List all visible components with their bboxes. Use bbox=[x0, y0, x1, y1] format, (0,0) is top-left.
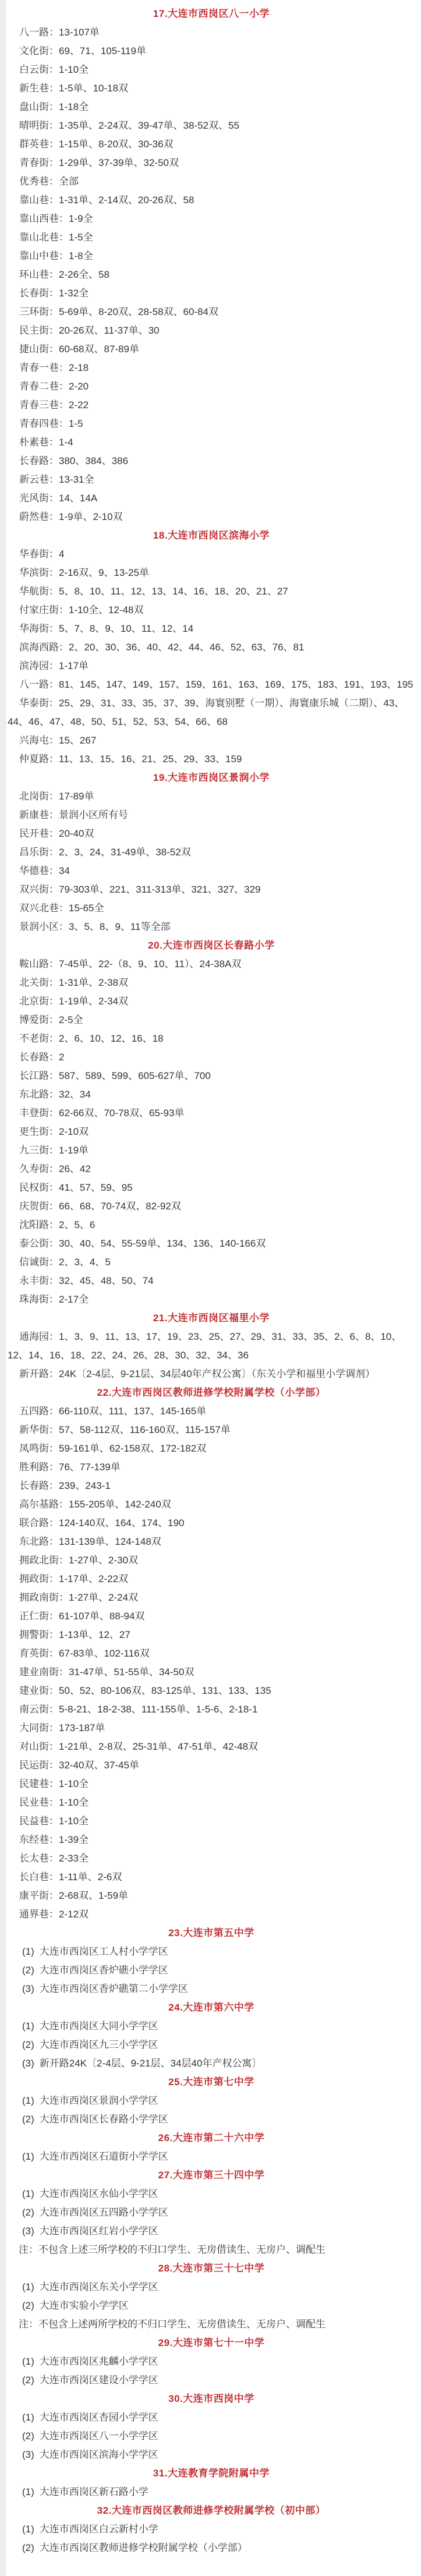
street-name: 南云街 bbox=[19, 1704, 49, 1715]
street-numbers: 79-303单、221、311-313单、321、327、329 bbox=[59, 884, 261, 895]
street-colon: ： bbox=[49, 176, 59, 187]
street-numbers: 59-161单、62-158双、172-182双 bbox=[59, 1443, 206, 1454]
street-colon: ： bbox=[49, 455, 59, 466]
street-name: 北关街 bbox=[19, 977, 49, 988]
item-text: 大连市实验小学学区 bbox=[40, 2300, 129, 2311]
street-entry: 南云街：5-8-21、18-2-38、111-155单、1-5-6、2-18-1 bbox=[8, 1700, 416, 1719]
street-entry: 博爱街：2-5全 bbox=[8, 1011, 416, 1029]
street-entry: 新华街：57、58-112双、116-160双、115-157单 bbox=[8, 1421, 416, 1439]
street-name: 八一路 bbox=[19, 27, 49, 38]
item-number: (1) bbox=[22, 2151, 34, 2162]
street-name: 群英巷 bbox=[19, 139, 49, 150]
section-title: 23.大连市第五中学 bbox=[8, 1924, 415, 1942]
street-numbers: 31-47单、51-55单、34-50双 bbox=[69, 1666, 194, 1678]
street-name: 华泰街 bbox=[19, 698, 49, 709]
street-numbers: 1-21单、2-8双、25-31单、47-51单、42-48双 bbox=[59, 1741, 258, 1752]
street-entry: 拥政街：1-17单、2-22双 bbox=[8, 1570, 416, 1588]
street-name: 东经巷 bbox=[19, 1834, 49, 1845]
street-entry: 光风街：14、14A bbox=[8, 489, 416, 508]
street-colon: ： bbox=[49, 884, 59, 895]
street-colon: ： bbox=[49, 977, 59, 988]
item-text: 大连市西岗区水仙小学学区 bbox=[40, 2188, 158, 2199]
street-numbers: 66、68、70-74双、82-92双 bbox=[59, 1201, 181, 1212]
street-numbers: 2-5全 bbox=[59, 1014, 83, 1025]
street-entry: 群英巷：1-15单、8-20双、30-36双 bbox=[8, 135, 416, 154]
feeder-school-item: (1)大连市西岗区杏园小学学区 bbox=[22, 2408, 416, 2427]
street-entry: 蔚然巷：1-9单、2-10双 bbox=[8, 508, 416, 526]
feeder-school-item: (1)大连市西岗区大同小学学区 bbox=[22, 2017, 416, 2036]
street-entry: 靠山中巷：1-8全 bbox=[8, 247, 416, 266]
street-numbers: 173-187单 bbox=[59, 1722, 105, 1733]
item-number: (3) bbox=[22, 2058, 34, 2069]
street-numbers: 20-40双 bbox=[59, 828, 94, 839]
street-colon: ： bbox=[49, 809, 59, 820]
street-numbers: 14、14A bbox=[59, 493, 97, 504]
street-numbers: 24K〔2-4层、9-21层、34层40年产权公寓〕（东关小学和福里小学调剂） bbox=[59, 1368, 375, 1379]
street-entry: 仲夏路：11、13、15、16、21、25、29、33、159 bbox=[8, 750, 416, 769]
street-colon: ： bbox=[49, 1443, 59, 1454]
street-name: 正仁街 bbox=[19, 1611, 49, 1622]
section-title: 17.大连市西岗区八一小学 bbox=[8, 5, 415, 23]
street-colon: ： bbox=[49, 1219, 59, 1230]
street-name: 长太巷 bbox=[19, 1853, 49, 1864]
street-numbers: 11、13、15、16、21、25、29、33、159 bbox=[59, 753, 242, 765]
street-entry: 沈阳路：2、5、6 bbox=[8, 1216, 416, 1234]
street-colon: ： bbox=[49, 64, 59, 75]
street-entry: 建业南街：31-47单、51-55单、34-50双 bbox=[8, 1663, 416, 1682]
street-colon: ： bbox=[49, 139, 59, 150]
street-colon: ： bbox=[49, 1797, 59, 1808]
street-numbers: 20-26双、11-37单、30 bbox=[59, 325, 160, 336]
street-entry: 丰登街：62-66双、70-78双、65-93单 bbox=[8, 1104, 416, 1123]
street-numbers: 26、42 bbox=[59, 1163, 91, 1174]
street-numbers: 50、52、80-106双、83-125单、131、133、135 bbox=[59, 1685, 271, 1696]
street-name: 拥警街 bbox=[19, 1629, 49, 1640]
street-name: 庆贺街 bbox=[19, 1201, 49, 1212]
street-entry: 华春街：4 bbox=[8, 545, 416, 564]
document-page: 17.大连市西岗区八一小学八一路：13-107单文化街：69、71、105-11… bbox=[0, 0, 421, 2576]
feeder-school-item: (2)大连市西岗区五四路小学学区 bbox=[22, 2203, 416, 2222]
item-number: (2) bbox=[22, 2430, 34, 2441]
street-entry: 兴海屯：15、267 bbox=[8, 731, 416, 750]
street-name: 久寿街 bbox=[19, 1163, 49, 1174]
section-title: 20.大连市西岗区长春路小学 bbox=[8, 936, 415, 955]
street-colon: ： bbox=[49, 1201, 59, 1212]
street-colon: ： bbox=[49, 1853, 59, 1864]
street-colon: ： bbox=[49, 1406, 59, 1417]
street-entry: 华滨街：2-16双、9、13-25单 bbox=[8, 564, 416, 582]
street-colon: ： bbox=[49, 1257, 59, 1268]
street-entry: 北京街：1-19单、2-34双 bbox=[8, 992, 416, 1011]
street-numbers: 4 bbox=[59, 549, 64, 560]
street-colon: ： bbox=[59, 213, 69, 224]
street-entry: 八一路：81、145、147、149、157、159、161、163、169、1… bbox=[8, 675, 416, 694]
street-numbers: 2-22 bbox=[69, 399, 89, 411]
street-colon: ： bbox=[59, 642, 69, 653]
street-numbers: 1-9全 bbox=[69, 213, 93, 224]
street-name: 新生巷 bbox=[19, 83, 49, 94]
street-entry: 民运街：32-40双、37-45单 bbox=[8, 1756, 416, 1775]
street-colon: ： bbox=[49, 660, 59, 671]
street-numbers: 5-8-21、18-2-38、111-155单、1-5-6、2-18-1 bbox=[59, 1704, 257, 1715]
street-entry: 白云街：1-10全 bbox=[8, 61, 416, 79]
street-numbers: 81、145、147、149、157、159、161、163、169、175、1… bbox=[59, 679, 413, 690]
street-name: 靠山巷 bbox=[19, 194, 49, 206]
street-colon: ： bbox=[49, 325, 59, 336]
street-colon: ： bbox=[49, 437, 59, 448]
street-colon: ： bbox=[49, 1816, 59, 1827]
street-name: 长白巷 bbox=[19, 1871, 49, 1883]
street-numbers: 60-68双、87-89单 bbox=[59, 344, 139, 355]
street-numbers: 2-12双 bbox=[59, 1909, 89, 1920]
item-number: (2) bbox=[22, 2300, 34, 2311]
street-entry: 新康巷：景润小区所有号 bbox=[8, 806, 416, 825]
street-entry: 环山巷：2-26全、58 bbox=[8, 266, 416, 284]
street-name: 青春三巷 bbox=[19, 399, 59, 411]
street-entry: 民建巷：1-10全 bbox=[8, 1775, 416, 1793]
page-left-edge bbox=[0, 0, 6, 2576]
street-numbers: 2-18 bbox=[69, 362, 89, 373]
street-name: 拥政南街 bbox=[19, 1592, 59, 1603]
street-colon: ： bbox=[49, 1424, 59, 1435]
street-name: 新华街 bbox=[19, 1424, 49, 1435]
street-numbers: 239、243-1 bbox=[59, 1480, 111, 1491]
feeder-school-item: (3)大连市西岗区红岩小学学区 bbox=[22, 2222, 416, 2241]
street-name: 青春一巷 bbox=[19, 362, 59, 373]
street-numbers: 2-17全 bbox=[59, 1294, 89, 1305]
street-entry: 民益巷：1-10全 bbox=[8, 1812, 416, 1831]
street-numbers: 1-31单、2-14双、20-26双、58 bbox=[59, 194, 194, 206]
street-colon: ： bbox=[49, 1070, 59, 1081]
street-name: 华德巷 bbox=[19, 865, 49, 876]
street-name: 长江路 bbox=[19, 1070, 49, 1081]
street-name: 五四路 bbox=[19, 1406, 49, 1417]
street-numbers: 57、58-112双、116-160双、115-157单 bbox=[59, 1424, 231, 1435]
street-colon: ： bbox=[49, 1890, 59, 1901]
feeder-school-item: (3)新开路24K〔2-4层、9-21层、34层40年产权公寓〕 bbox=[22, 2054, 416, 2073]
street-name: 联合路 bbox=[19, 1517, 49, 1528]
feeder-school-item: (2)大连市西岗区九三小学学区 bbox=[22, 2036, 416, 2054]
street-name: 八一路 bbox=[19, 679, 49, 690]
street-entry: 靠山北巷：1-5全 bbox=[8, 228, 416, 247]
street-numbers: 15、267 bbox=[59, 735, 96, 746]
item-text: 大连市西岗区石道街小学学区 bbox=[40, 2151, 168, 2162]
street-colon: ： bbox=[49, 1629, 59, 1640]
street-name: 更生街 bbox=[19, 1126, 49, 1137]
feeder-school-item: (2)大连市西岗区建设小学学区 bbox=[22, 2371, 416, 2390]
street-entry: 华海街：5、7、8、9、10、11、12、14 bbox=[8, 620, 416, 638]
section-title: 19.大连市西岗区景润小学 bbox=[8, 769, 415, 787]
street-colon: ： bbox=[49, 996, 59, 1007]
street-name: 拥政街 bbox=[19, 1573, 49, 1584]
section-note: 注：不包含上述两所学校的不归口学生、无房借读生、无房户、调配生 bbox=[8, 2315, 416, 2334]
street-colon: ： bbox=[49, 1033, 59, 1044]
school-district-document: 17.大连市西岗区八一小学八一路：13-107单文化街：69、71、105-11… bbox=[0, 5, 421, 2557]
street-name: 北岗街 bbox=[19, 791, 49, 802]
street-numbers: 2-20 bbox=[69, 381, 89, 392]
street-colon: ： bbox=[49, 1107, 59, 1119]
street-colon: ： bbox=[49, 511, 59, 522]
street-colon: ： bbox=[49, 1014, 59, 1025]
street-name: 不老街 bbox=[19, 1033, 49, 1044]
street-numbers: 5、7、8、9、10、11、12、14 bbox=[59, 623, 193, 634]
street-colon: ： bbox=[49, 1089, 59, 1100]
street-colon: ： bbox=[49, 1778, 59, 1789]
item-text: 大连市西岗区教师进修学校附属学校（小学部） bbox=[40, 2542, 247, 2553]
street-entry: 大同街：173-187单 bbox=[8, 1719, 416, 1738]
street-entry: 民业巷：1-10全 bbox=[8, 1793, 416, 1812]
street-numbers: 61-107单、88-94双 bbox=[59, 1611, 144, 1622]
section-title: 30.大连市西岗中学 bbox=[8, 2390, 415, 2408]
street-name: 东北路 bbox=[19, 1536, 49, 1547]
street-entry: 鞍山路：7-45单、22-（8、9、10、11）、24-38A双 bbox=[8, 955, 416, 974]
feeder-school-item: (1)大连市西岗区兆麟小学学区 bbox=[22, 2352, 416, 2371]
street-colon: ： bbox=[59, 921, 69, 932]
street-name: 高尔基路 bbox=[19, 1499, 59, 1510]
feeder-school-item: (3)大连市西岗区滨海小学学区 bbox=[22, 2446, 416, 2464]
street-name: 通界巷 bbox=[19, 1909, 49, 1920]
street-colon: ： bbox=[49, 101, 59, 112]
street-colon: ： bbox=[49, 288, 59, 299]
item-text: 大连市西岗区八一小学学区 bbox=[40, 2430, 158, 2441]
street-numbers: 2、5、6 bbox=[59, 1219, 95, 1230]
section-title: 32.大连市西岗区教师进修学校附属学校（初中部） bbox=[8, 2501, 415, 2520]
street-numbers: 全部 bbox=[59, 176, 79, 187]
street-colon: ： bbox=[49, 549, 59, 560]
street-entry: 东北路：32、34 bbox=[8, 1085, 416, 1104]
street-colon: ： bbox=[49, 586, 59, 597]
street-entry: 拥政南街：1-27单、2-24双 bbox=[8, 1588, 416, 1607]
street-colon: ： bbox=[49, 1052, 59, 1063]
street-entry: 青春三巷：2-22 bbox=[8, 396, 416, 415]
street-entry: 优秀巷：全部 bbox=[8, 172, 416, 191]
street-name: 环山巷 bbox=[19, 269, 49, 280]
street-numbers: 380、384、386 bbox=[59, 455, 128, 466]
item-text: 大连市西岗区东关小学学区 bbox=[40, 2281, 158, 2292]
street-name: 民权街 bbox=[19, 1182, 49, 1193]
street-colon: ： bbox=[59, 362, 69, 373]
street-colon: ： bbox=[49, 1163, 59, 1174]
street-numbers: 1-10全、12-48双 bbox=[69, 604, 144, 615]
section-title: 28.大连市第三十七中学 bbox=[8, 2259, 415, 2278]
street-entry: 华德巷：34 bbox=[8, 862, 416, 880]
street-numbers: 2、6、10、12、16、18 bbox=[59, 1033, 164, 1044]
street-name: 通海园 bbox=[19, 1331, 49, 1342]
street-numbers: 1-10全 bbox=[59, 64, 89, 75]
street-colon: ： bbox=[49, 1685, 59, 1696]
street-numbers: 2-68双、1-59单 bbox=[59, 1890, 128, 1901]
street-colon: ： bbox=[49, 1760, 59, 1771]
street-numbers: 1-10全 bbox=[59, 1816, 89, 1827]
street-entry: 滨海西路：2、20、30、36、40、42、44、46、52、63、76、81 bbox=[8, 638, 416, 657]
street-colon: ： bbox=[59, 399, 69, 411]
street-colon: ： bbox=[49, 623, 59, 634]
street-numbers: 1-39全 bbox=[59, 1834, 89, 1845]
street-numbers: 62-66双、70-78双、65-93单 bbox=[59, 1107, 184, 1119]
street-numbers: 1-5全 bbox=[69, 232, 93, 243]
street-name: 华春街 bbox=[19, 549, 49, 560]
street-numbers: 7-45单、22-（8、9、10、11）、24-38A双 bbox=[59, 958, 241, 969]
item-number: (3) bbox=[22, 1983, 34, 1994]
street-name: 东北路 bbox=[19, 1089, 49, 1100]
street-numbers: 66-110双、111、137、145-165单 bbox=[59, 1406, 206, 1417]
street-numbers: 587、589、599、605-627单、700 bbox=[59, 1070, 211, 1081]
street-entry: 民权街：41、57、59、95 bbox=[8, 1179, 416, 1197]
street-name: 景润小区 bbox=[19, 921, 59, 932]
street-name: 光风街 bbox=[19, 493, 49, 504]
street-colon: ： bbox=[49, 1648, 59, 1659]
street-numbers: 3、5、8、9、11等全部 bbox=[69, 921, 170, 932]
street-colon: ： bbox=[59, 381, 69, 392]
item-number: (1) bbox=[22, 2281, 34, 2292]
street-numbers: 1-10全 bbox=[59, 1778, 89, 1789]
street-colon: ： bbox=[49, 1704, 59, 1715]
street-name: 长春路 bbox=[19, 455, 49, 466]
street-numbers: 1-9单、2-10双 bbox=[59, 511, 123, 522]
street-colon: ： bbox=[59, 604, 69, 615]
street-numbers: 1-31单、2-38双 bbox=[59, 977, 128, 988]
street-entry: 新生巷：1-5单、10-18双 bbox=[8, 79, 416, 98]
street-name: 兴海屯 bbox=[19, 735, 49, 746]
street-numbers: 景润小区所有号 bbox=[59, 809, 128, 820]
street-name: 拥政北街 bbox=[19, 1555, 59, 1566]
street-colon: ： bbox=[59, 903, 69, 914]
item-number: (2) bbox=[22, 2114, 34, 2125]
section-title: 18.大连市西岗区滨海小学 bbox=[8, 526, 415, 545]
street-numbers: 1-5 bbox=[69, 418, 83, 429]
street-name: 沈阳路 bbox=[19, 1219, 49, 1230]
feeder-school-item: (1)大连市西岗区新石路小学 bbox=[22, 2483, 416, 2501]
street-name: 捷山街 bbox=[19, 344, 49, 355]
item-number: (2) bbox=[22, 2375, 34, 2386]
street-name: 长春路 bbox=[19, 1480, 49, 1491]
street-numbers: 1-4 bbox=[59, 437, 73, 448]
street-colon: ： bbox=[49, 83, 59, 94]
street-entry: 青春二巷：2-20 bbox=[8, 377, 416, 396]
street-entry: 对山街：1-21单、2-8双、25-31单、47-51单、42-48双 bbox=[8, 1738, 416, 1756]
street-entry: 北关街：1-31单、2-38双 bbox=[8, 974, 416, 992]
street-colon: ： bbox=[49, 120, 59, 131]
street-numbers: 67-83单、102-116双 bbox=[59, 1648, 150, 1659]
street-name: 蔚然巷 bbox=[19, 511, 49, 522]
street-colon: ： bbox=[49, 1462, 59, 1473]
street-numbers: 1-27单、2-30双 bbox=[69, 1555, 138, 1566]
street-entry: 珠海街：2-17全 bbox=[8, 1290, 416, 1309]
street-entry: 华航街：5、8、10、11、12、13、14、16、18、20、21、27 bbox=[8, 582, 416, 601]
street-entry: 久寿街：26、42 bbox=[8, 1160, 416, 1179]
item-text: 大连市西岗区滨海小学学区 bbox=[40, 2449, 158, 2460]
street-colon: ： bbox=[59, 1666, 69, 1678]
item-text: 大连市西岗区九三小学学区 bbox=[40, 2039, 158, 2050]
section-title: 29.大连市第七十一中学 bbox=[8, 2334, 415, 2352]
street-colon: ： bbox=[59, 1555, 69, 1566]
street-colon: ： bbox=[49, 958, 59, 969]
street-name: 靠山西巷 bbox=[19, 213, 59, 224]
item-number: (2) bbox=[22, 1965, 34, 1976]
street-numbers: 2、3、24、31-49单、38-52双 bbox=[59, 847, 191, 858]
street-numbers: 1-18全 bbox=[59, 101, 89, 112]
street-numbers: 1-17单 bbox=[59, 660, 89, 671]
street-entry: 九三街：1-19单 bbox=[8, 1141, 416, 1160]
street-entry: 长春街：1-32全 bbox=[8, 284, 416, 303]
section-title: 31.大连教育学院附属中学 bbox=[8, 2464, 415, 2483]
street-entry: 新云巷：13-31全 bbox=[8, 470, 416, 489]
street-entry: 育英街：67-83单、102-116双 bbox=[8, 1644, 416, 1663]
feeder-school-item: (2)大连市西岗区长春路小学学区 bbox=[22, 2110, 416, 2129]
item-text: 大连市西岗区兆麟小学学区 bbox=[40, 2356, 158, 2367]
street-colon: ： bbox=[49, 679, 59, 690]
street-name: 建业南街 bbox=[19, 1666, 59, 1678]
street-name: 青春街 bbox=[19, 157, 49, 168]
street-colon: ： bbox=[49, 1722, 59, 1733]
street-entry: 朴素巷：1-4 bbox=[8, 433, 416, 452]
street-name: 信诚街 bbox=[19, 1257, 49, 1268]
street-colon: ： bbox=[49, 1238, 59, 1249]
street-name: 滨海西路 bbox=[19, 642, 59, 653]
item-text: 大连市西岗区香炉礁第二小学学区 bbox=[40, 1983, 188, 1994]
street-entry: 青春四巷：1-5 bbox=[8, 415, 416, 433]
street-colon: ： bbox=[49, 735, 59, 746]
street-numbers: 1-35单、2-24双、39-47单、38-52双、55 bbox=[59, 120, 239, 131]
street-colon: ： bbox=[49, 567, 59, 578]
feeder-school-item: (1)大连市西岗区水仙小学学区 bbox=[22, 2185, 416, 2203]
street-entry: 信诚街：2、3、4、5 bbox=[8, 1253, 416, 1272]
item-number: (2) bbox=[22, 2207, 34, 2218]
street-entry: 长太巷：2-33全 bbox=[8, 1849, 416, 1868]
street-entry: 正仁街：61-107单、88-94双 bbox=[8, 1607, 416, 1626]
street-colon: ： bbox=[49, 1331, 59, 1342]
street-name: 长春街 bbox=[19, 288, 49, 299]
item-number: (1) bbox=[22, 2188, 34, 2199]
street-entry: 昌乐街：2、3、24、31-49单、38-52双 bbox=[8, 843, 416, 862]
street-entry: 不老街：2、6、10、12、16、18 bbox=[8, 1029, 416, 1048]
feeder-school-item: (3)大连市西岗区香炉礁第二小学学区 bbox=[22, 1980, 416, 1998]
street-colon: ： bbox=[59, 232, 69, 243]
street-name: 民主街 bbox=[19, 325, 49, 336]
street-colon: ： bbox=[49, 791, 59, 802]
street-name: 青春二巷 bbox=[19, 381, 59, 392]
street-name: 九三街 bbox=[19, 1145, 49, 1156]
street-entry: 东经巷：1-39全 bbox=[8, 1831, 416, 1849]
street-numbers: 1-15单、8-20双、30-36双 bbox=[59, 139, 174, 150]
street-name: 民建巷 bbox=[19, 1778, 49, 1789]
section-title: 21.大连市西岗区福里小学 bbox=[8, 1309, 415, 1328]
street-name: 青春四巷 bbox=[19, 418, 59, 429]
street-numbers: 69、71、105-119单 bbox=[59, 45, 146, 56]
street-name: 昌乐街 bbox=[19, 847, 49, 858]
street-entry: 盘山街：1-18全 bbox=[8, 98, 416, 116]
item-number: (2) bbox=[22, 2039, 34, 2050]
feeder-school-item: (2)大连市西岗区教师进修学校附属学校（小学部） bbox=[22, 2539, 416, 2557]
street-numbers: 124-140双、164、174、190 bbox=[59, 1517, 184, 1528]
street-colon: ： bbox=[49, 1368, 59, 1379]
street-numbers: 17-89单 bbox=[59, 791, 94, 802]
feeder-school-item: (1)大连市西岗区景润小学学区 bbox=[22, 2092, 416, 2110]
street-numbers: 1-8全 bbox=[69, 250, 93, 261]
street-numbers: 15-65全 bbox=[69, 903, 104, 914]
street-name: 民运街 bbox=[19, 1760, 49, 1771]
street-colon: ： bbox=[49, 1294, 59, 1305]
street-entry: 胜利路：76、77-139单 bbox=[8, 1458, 416, 1477]
street-colon: ： bbox=[49, 1145, 59, 1156]
feeder-school-item: (1)大连市西岗区石道街小学学区 bbox=[22, 2147, 416, 2166]
street-name: 对山街 bbox=[19, 1741, 49, 1752]
street-name: 鞍山路 bbox=[19, 958, 49, 969]
street-numbers: 2-33全 bbox=[59, 1853, 89, 1864]
street-numbers: 1-17单、2-22双 bbox=[59, 1573, 128, 1584]
street-name: 朴素巷 bbox=[19, 437, 49, 448]
item-number: (3) bbox=[22, 2449, 34, 2460]
